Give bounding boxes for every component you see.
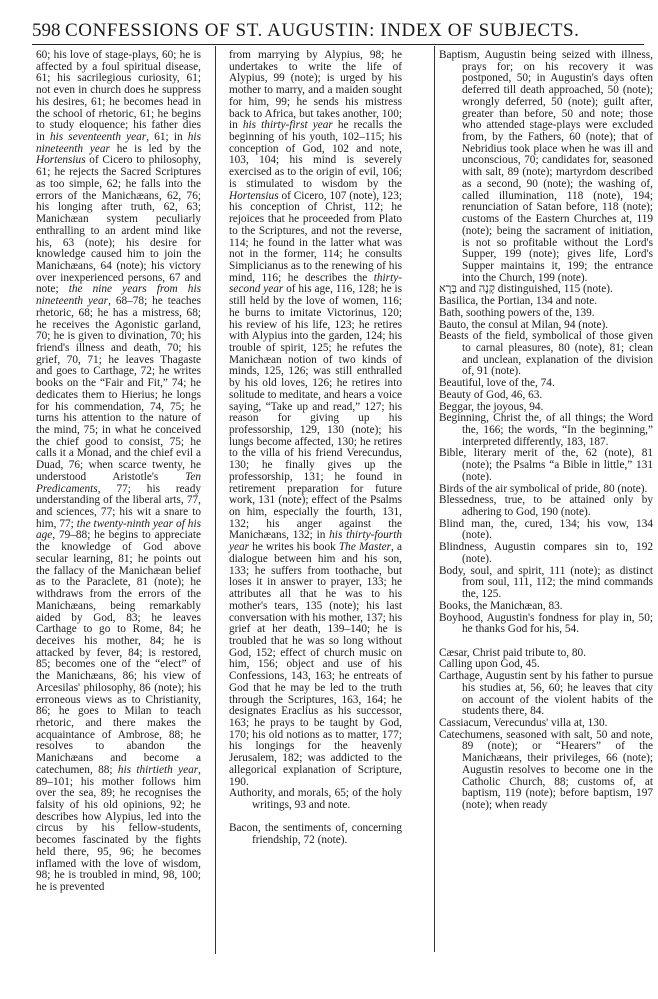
- page-number: 598: [32, 20, 61, 42]
- index-column-3: Baptism, Augustin being seized with illn…: [439, 50, 653, 812]
- index-entry: Body, soul, and spirit, 111 (note); as d…: [439, 566, 653, 601]
- index-entry: Bacon, the sentiments of, concerning fri…: [229, 823, 402, 846]
- running-head-title: CONFESSIONS OF ST. AUGUSTIN: INDEX OF SU…: [65, 20, 580, 42]
- index-entry: Boyhood, Augustin's fondness for play in…: [439, 613, 653, 636]
- running-header: 598 CONFESSIONS OF ST. AUGUSTIN: INDEX O…: [32, 14, 644, 45]
- index-entry: Blindness, Augustin compares sin to, 192…: [439, 542, 653, 565]
- index-column-1: 60; his love of stage-plays, 60; he is a…: [36, 50, 201, 894]
- index-entry: Catechumens, seasoned with salt, 50 and …: [439, 730, 653, 812]
- index-entry-continuation: 60; his love of stage-plays, 60; he is a…: [36, 50, 201, 894]
- column-divider-left: [215, 46, 216, 954]
- index-entry: Bible, literary merit of the, 62 (note),…: [439, 448, 653, 483]
- index-entry: Beginning, Christ the, of all things; th…: [439, 413, 653, 448]
- column-divider-right: [434, 46, 435, 952]
- index-entry: Authority, and morals, 65; of the holy w…: [229, 788, 402, 811]
- index-entry: Carthage, Augustin sent by his father to…: [439, 671, 653, 718]
- index-column-2: from marrying by Alypius, 98; he underta…: [229, 50, 402, 847]
- index-entry: Blind man, the, cured, 134; his vow, 134…: [439, 519, 653, 542]
- index-entry-continuation: from marrying by Alypius, 98; he underta…: [229, 50, 402, 788]
- index-entry: Beasts of the field, symbolical of those…: [439, 331, 653, 378]
- index-entry: Blessedness, true, to be attained only b…: [439, 495, 653, 518]
- index-entry: Baptism, Augustin being seized with illn…: [439, 50, 653, 284]
